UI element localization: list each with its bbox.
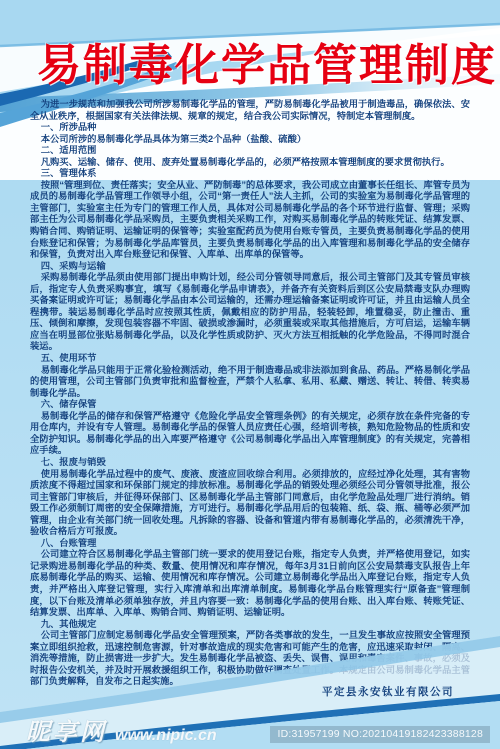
section-body-4: 采购易制毒化学品须由使用部门提出申购计划，经公司分管领导同意后，报公司主管部门及… <box>30 272 470 353</box>
page-title: 易制毒化学品管理制度 <box>0 29 500 93</box>
watermark-url: www.nipic.cn <box>115 727 217 745</box>
poster-page: 易制毒化学品管理制度 为进一步规范和加强我公司所涉易制毒化学品的管理，严防易制毒… <box>0 0 500 749</box>
section-heading-1: 一、所涉品种 <box>30 122 470 134</box>
section-heading-4: 四、采购与运输 <box>30 261 470 273</box>
document-body: 为进一步规范和加强我公司所涉易制毒化学品的管理，严防易制毒化学品被用于制造毒品，… <box>30 99 470 688</box>
section-heading-2: 二、适用范围 <box>30 145 470 157</box>
section-heading-3: 三、管理体系 <box>30 168 470 180</box>
watermark: 昵享网 www.nipic.cn <box>26 712 217 747</box>
image-id-badge: ID:31957199 NO:20210419182423388128 <box>270 726 490 743</box>
section-body-9: 公司主管部门应制定易制毒化学品安全管理预案，严防各类事故的发生，一旦发生事故应按… <box>30 630 470 688</box>
section-heading-7: 七、报废与销毁 <box>30 457 470 469</box>
section-body-6: 易制毒化学品的储存和保管严格遵守《危险化学品安全管理条例》的有关规定，必须存放在… <box>30 411 470 457</box>
watermark-logo: 昵享网 <box>26 712 107 747</box>
section-heading-5: 五、使用环节 <box>30 353 470 365</box>
section-body-2: 凡购买、运输、储存、使用、废弃处置易制毒化学品的，必须严格按照本管理制度的要求贯… <box>30 157 470 169</box>
section-body-3: 按照“管理到位、责任落实；安全从业、严防制毒”的总体要求，我公司成立由董事长任组… <box>30 180 470 261</box>
section-body-1: 本公司所涉的易制毒化学品具体为第三类2个品种（盐酸、硫酸） <box>30 134 470 146</box>
section-body-8: 公司建立符合区易制毒化学品主管部门统一要求的使用登记台账，指定专人负责，并严格使… <box>30 549 470 618</box>
section-heading-9: 九、其他规定 <box>30 619 470 631</box>
intro-paragraph: 为进一步规范和加强我公司所涉易制毒化学品的管理，严防易制毒化学品被用于制造毒品，… <box>30 99 470 122</box>
section-body-5: 易制毒化学品只能用于正常化验检测活动，绝不用于制造毒品或非法添加到食品、药品。严… <box>30 365 470 400</box>
section-heading-6: 六、储存保管 <box>30 399 470 411</box>
section-heading-8: 八、台账管理 <box>30 538 470 550</box>
company-signature: 平定县永安钛业有限公司 <box>322 684 454 699</box>
section-body-7: 使用易制毒化学品过程中的废气、废液、废渣应回收综合利用。必须排放的，应经过净化处… <box>30 469 470 538</box>
